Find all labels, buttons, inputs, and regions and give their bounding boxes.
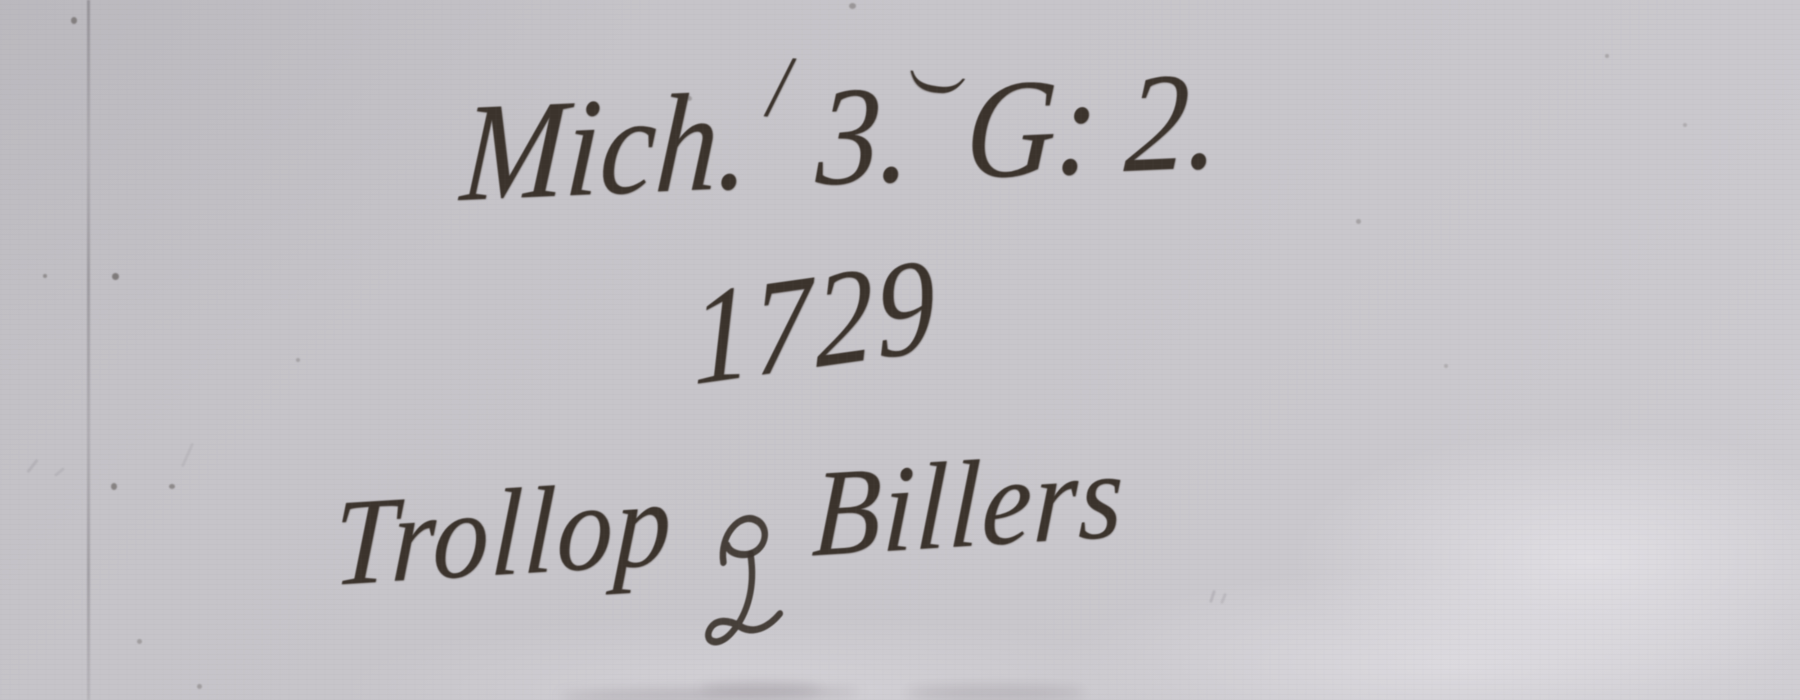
versus-glyph-icon [696, 490, 796, 672]
ink-speck [1444, 364, 1448, 368]
ink-speck [1683, 123, 1687, 127]
ink-speck [43, 274, 47, 278]
bottom-smear [905, 686, 1085, 700]
manuscript-page: Mich./3.)G:2. 1729 Trollop Billers [0, 0, 1800, 700]
scratch-mark [181, 443, 194, 468]
pen-flourish-icon: ) [908, 69, 973, 101]
case-name-line: Trollop Billers [327, 433, 1127, 695]
pen-flourish-icon: / [761, 41, 799, 133]
ink-speck [687, 96, 692, 101]
term-abbreviation: Mich. [457, 64, 754, 232]
ink-speck [111, 483, 117, 490]
ink-speck [296, 358, 300, 362]
ink-speck [169, 484, 175, 489]
bottom-smear [700, 682, 820, 697]
ink-speck [849, 3, 856, 9]
term-heading-line: Mich./3.)G:2. [458, 51, 1224, 225]
ink-speck [1605, 54, 1609, 58]
scratch-mark [54, 467, 65, 477]
year-value: 1729 [689, 228, 940, 414]
ink-speck [137, 639, 142, 644]
scratch-mark [1220, 593, 1227, 604]
year-line: 1729 [690, 236, 940, 407]
plaintiff-name: Trollop [331, 454, 676, 612]
ink-speck [71, 17, 77, 24]
defendant-name: Billers [810, 427, 1128, 583]
monarch-abbreviation: G: [962, 49, 1103, 210]
ink-speck [1356, 219, 1361, 224]
ink-speck [197, 684, 202, 689]
regnal-number: 3. [813, 57, 916, 216]
regnal-year: 2. [1121, 43, 1224, 202]
paper-crease [87, 0, 90, 700]
scratch-mark [1209, 590, 1216, 603]
scratch-mark [26, 459, 38, 473]
ink-speck [112, 273, 119, 280]
